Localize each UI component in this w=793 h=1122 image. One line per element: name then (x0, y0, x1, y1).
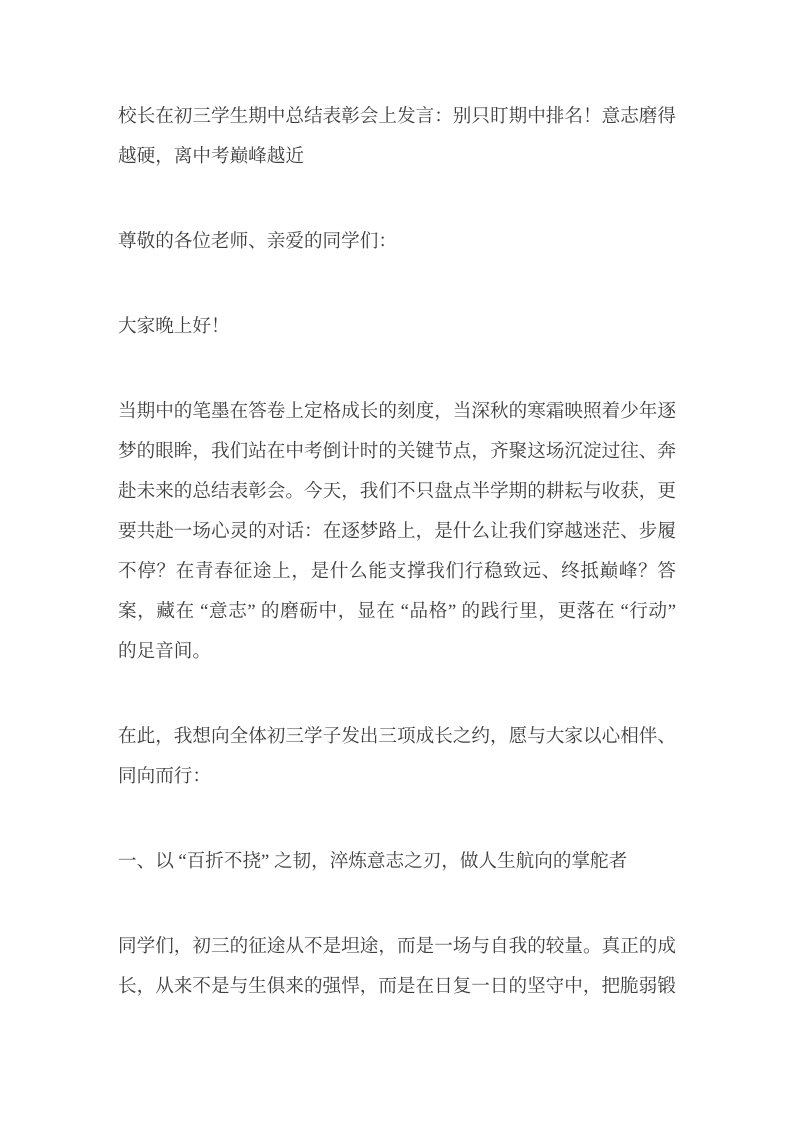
document-page: 校长在初三学生期中总结表彰会上发言：别只盯期中排名！意志磨得越硬，离中考巅峰越近… (0, 0, 793, 1122)
document-title: 校长在初三学生期中总结表彰会上发言：别只盯期中排名！意志磨得越硬，离中考巅峰越近 (118, 97, 676, 177)
pledge-paragraph: 在此，我想向全体初三学子发出三项成长之约，愿与大家以心相伴、同向而行： (118, 717, 676, 797)
intro-paragraph: 当期中的笔墨在答卷上定格成长的刻度，当深秋的寒霜映照着少年逐梦的眼眸，我们站在中… (118, 392, 676, 672)
salutation-line: 尊敬的各位老师、亲爱的同学们： (118, 222, 676, 262)
section-1-body-paragraph: 同学们，初三的征途从不是坦途，而是一场与自我的较量。真正的成长，从来不是与生俱来… (118, 927, 676, 1007)
greeting-line: 大家晚上好！ (118, 307, 676, 347)
section-heading-1: 一、以 “百折不挠” 之韧，淬炼意志之刃，做人生航向的掌舵者 (118, 842, 676, 882)
